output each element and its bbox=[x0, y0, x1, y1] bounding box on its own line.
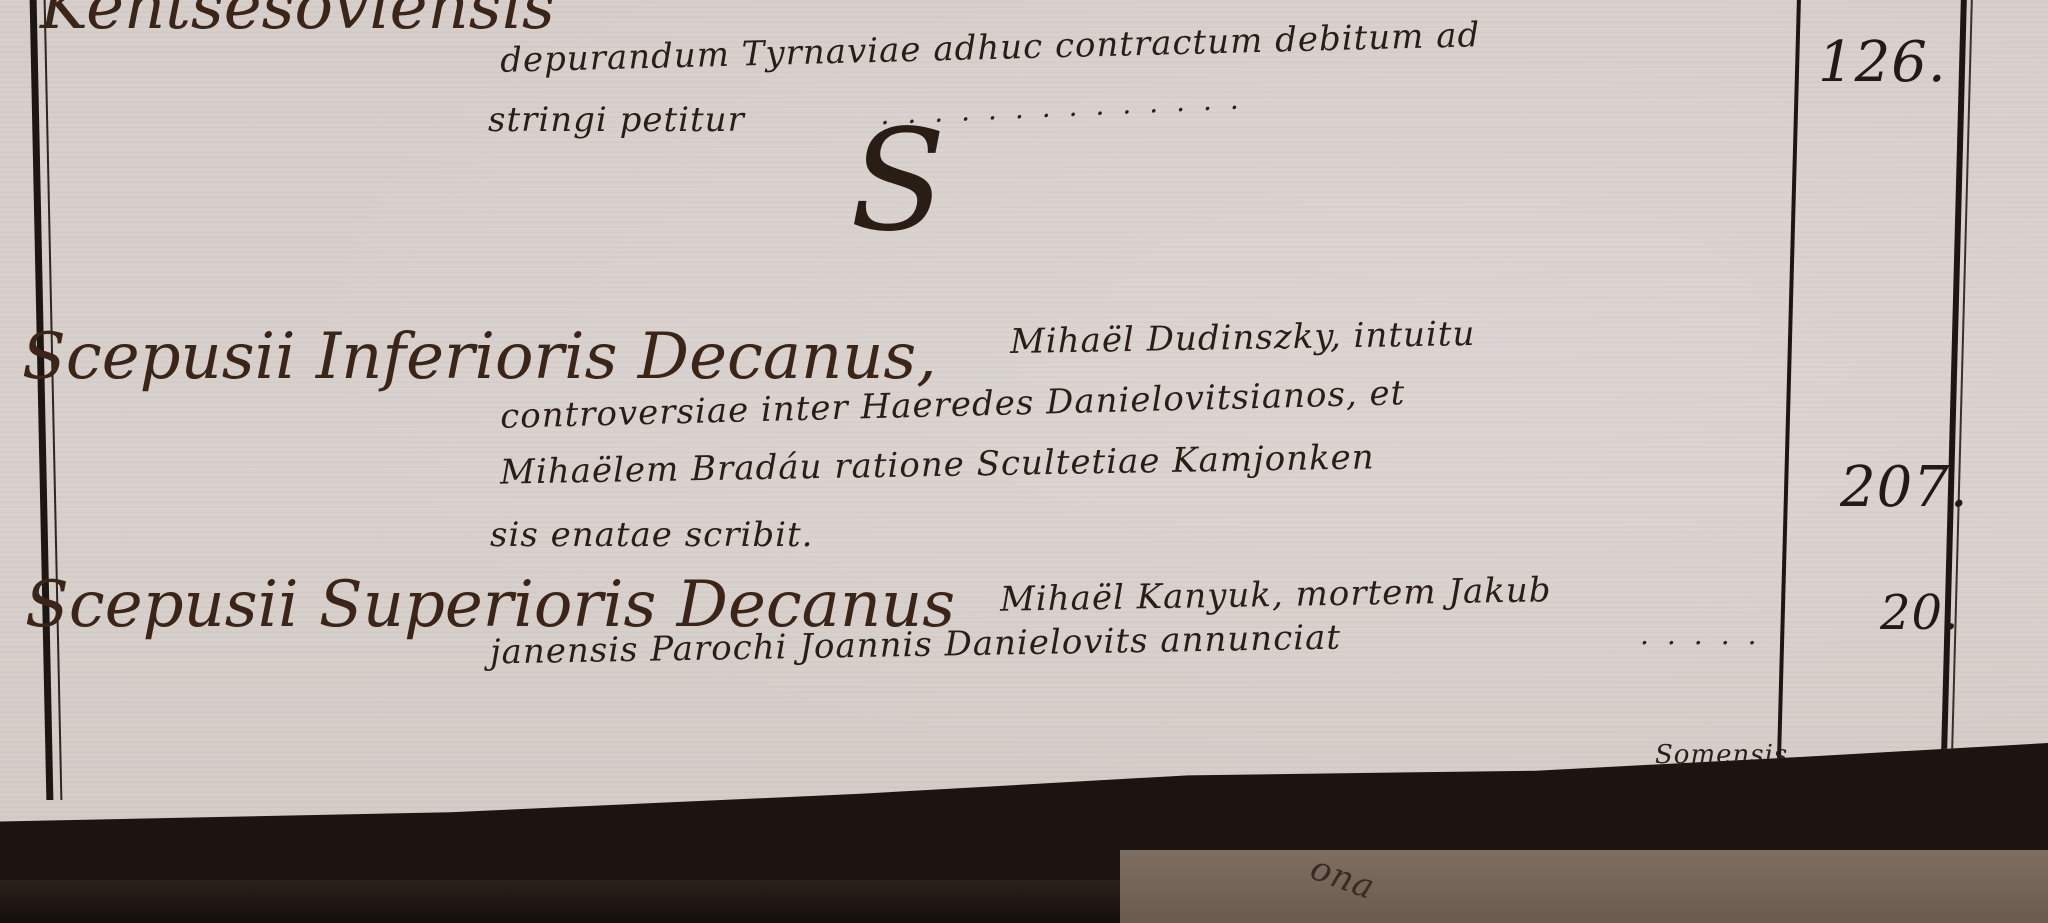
entry-line: depurandum Tyrnaviae adhuc contractum de… bbox=[500, 15, 1481, 81]
page-number: 126. bbox=[1818, 30, 1947, 95]
entry-line: sis enatae scribit. bbox=[490, 515, 813, 555]
underlying-page: ona bbox=[1120, 850, 2048, 923]
signature-underline bbox=[1640, 780, 1725, 788]
leader-dots: ..... bbox=[1640, 618, 1775, 651]
entry-heading: Scepusii Inferioris Decanus, bbox=[22, 320, 937, 394]
underlying-page-text: ona bbox=[1305, 848, 1380, 908]
register-page: Kentsesoviensis depurandum Tyrnaviae adh… bbox=[0, 0, 2048, 923]
entry-line: Mihaël Kanyuk, mortem Jakub bbox=[1000, 570, 1552, 620]
page-number: 207. bbox=[1840, 455, 1969, 520]
page-column-rule bbox=[1775, 0, 1801, 832]
entry-line: Mihaëlem Bradáu ratione Scultetiae Kamjo… bbox=[500, 437, 1375, 492]
entry-line: stringi petitur bbox=[488, 100, 745, 140]
section-letter: S bbox=[850, 100, 947, 263]
entry-line: Mihaël Dudinszky, intuitu bbox=[1010, 314, 1476, 362]
page-number: 20. bbox=[1880, 585, 1959, 641]
entry-heading: Kentsesoviensis bbox=[40, 0, 555, 44]
left-margin-rule bbox=[30, 0, 54, 800]
background-surface bbox=[0, 880, 1150, 923]
footer-signature: Somensis bbox=[1655, 740, 1788, 770]
